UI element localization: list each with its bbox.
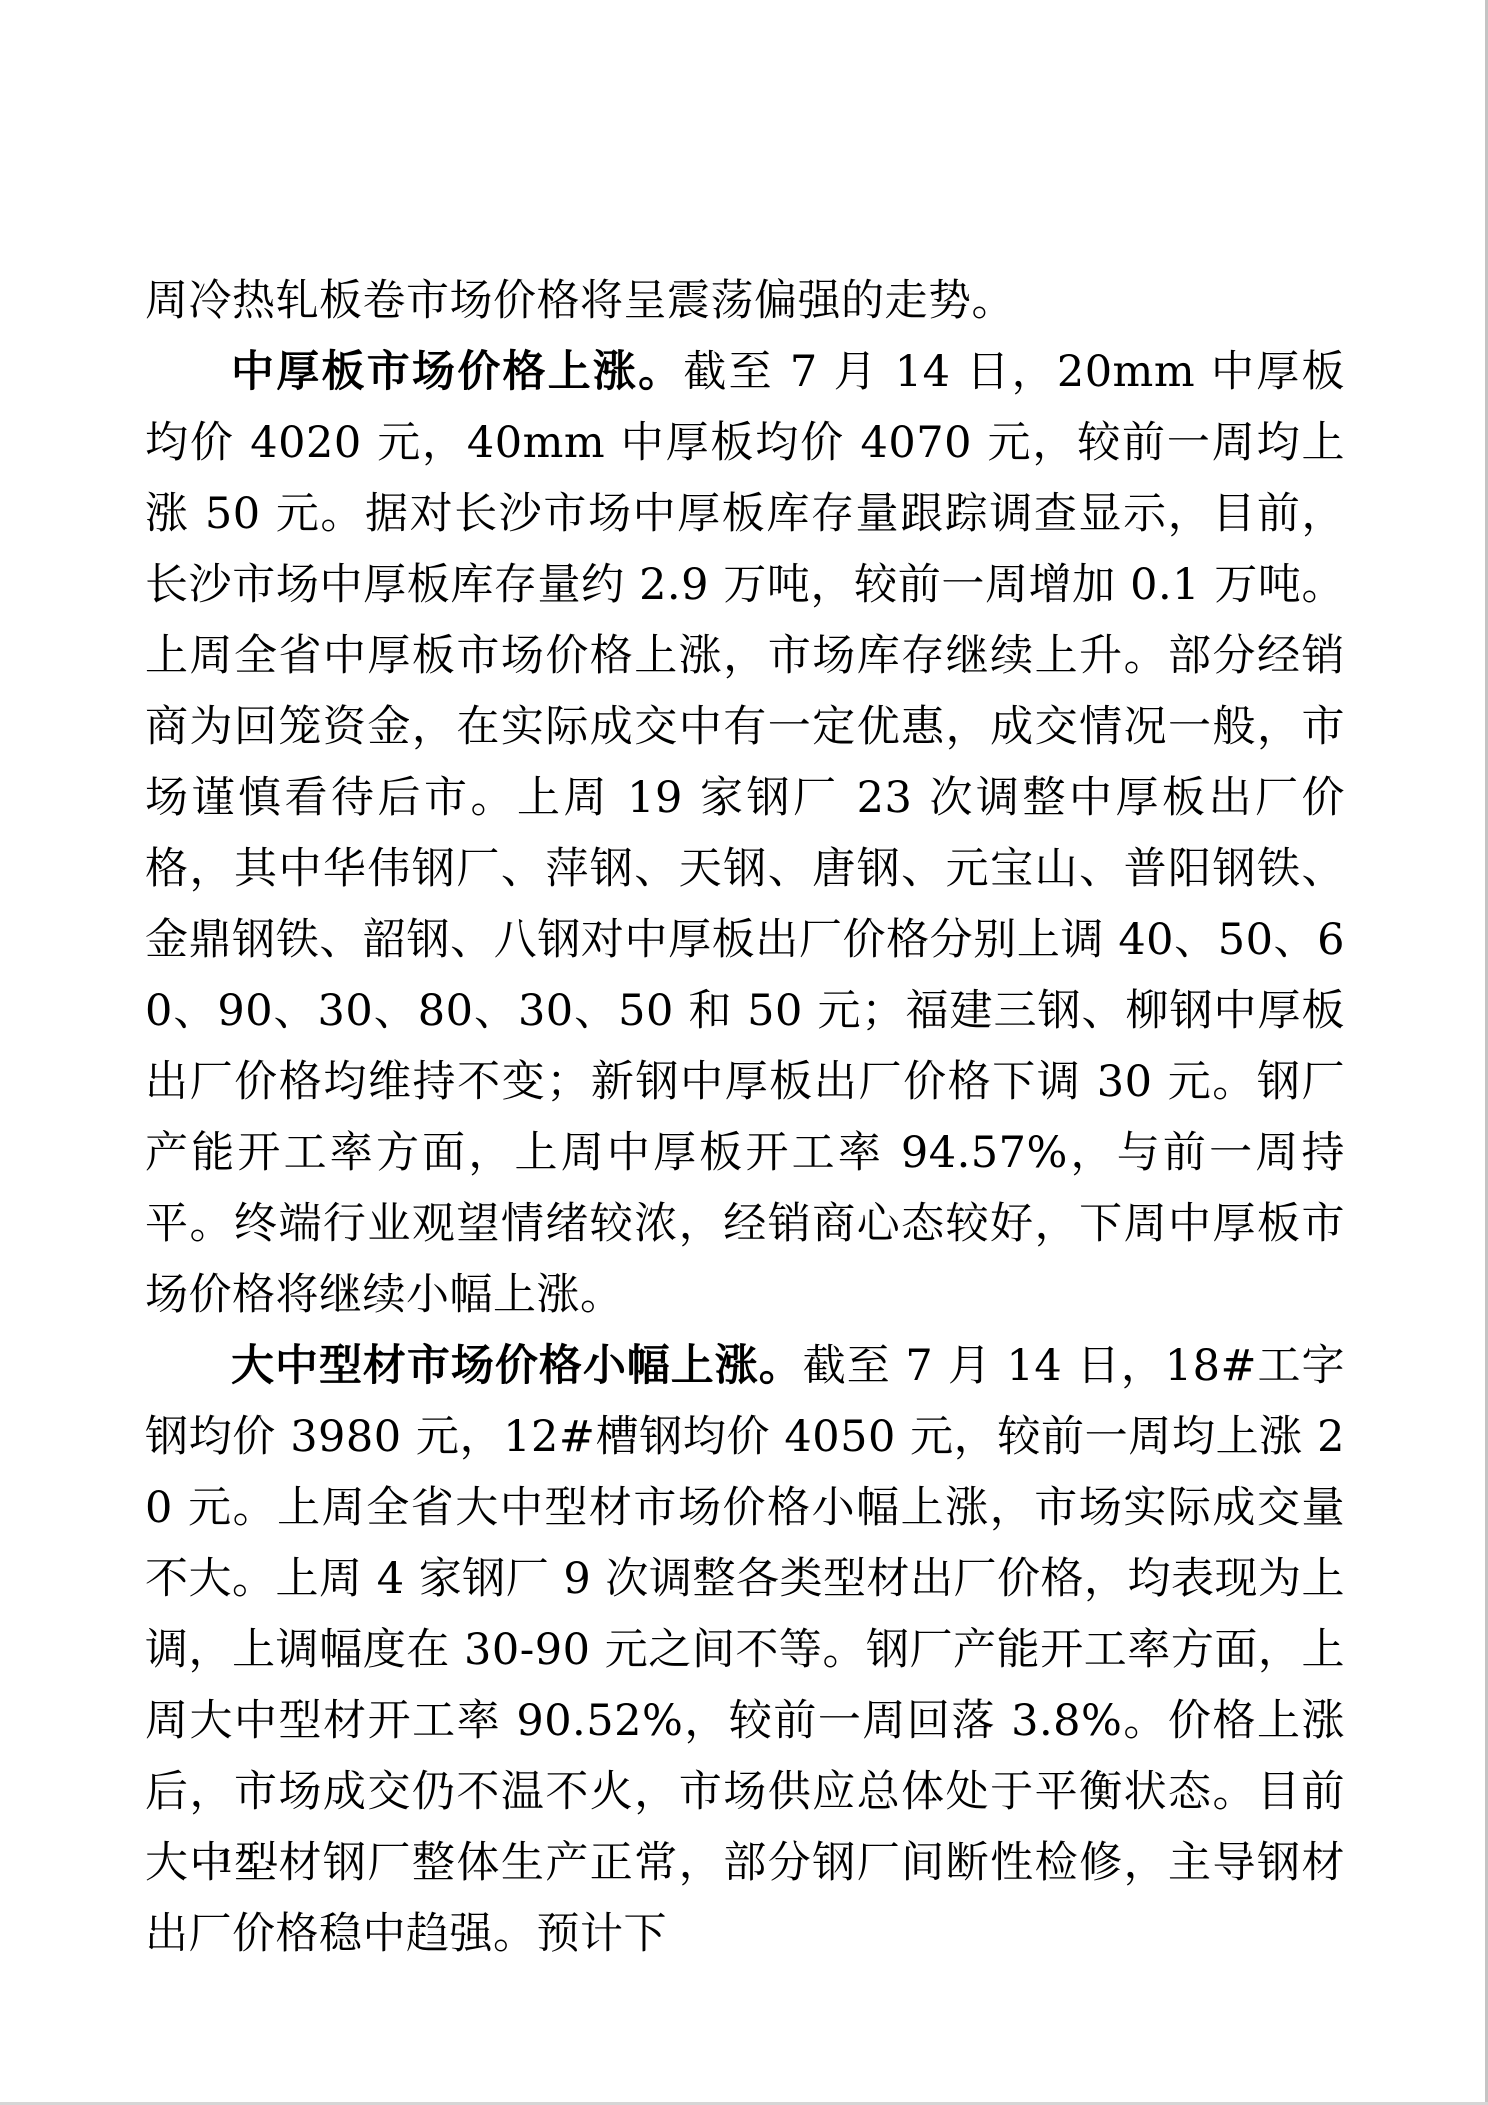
paragraph: 中厚板市场价格上涨。截至 7 月 14 日，20mm 中厚板均价 4020 元，… bbox=[145, 337, 1345, 1331]
paragraph-lead: 大中型材市场价格小幅上涨。 bbox=[231, 1341, 803, 1391]
paragraph: 周冷热轧板卷市场价格将呈震荡偏强的走势。 bbox=[145, 266, 1345, 337]
document-page: 周冷热轧板卷市场价格将呈震荡偏强的走势。中厚板市场价格上涨。截至 7 月 14 … bbox=[0, 0, 1488, 2105]
paragraph: 大中型材市场价格小幅上涨。截至 7 月 14 日，18#工字钢均价 3980 元… bbox=[145, 1331, 1345, 1970]
paragraph-lead: 中厚板市场价格上涨。 bbox=[231, 347, 683, 397]
text-block: 周冷热轧板卷市场价格将呈震荡偏强的走势。中厚板市场价格上涨。截至 7 月 14 … bbox=[145, 266, 1345, 1970]
page-number: - 12 - bbox=[193, 1845, 280, 1879]
